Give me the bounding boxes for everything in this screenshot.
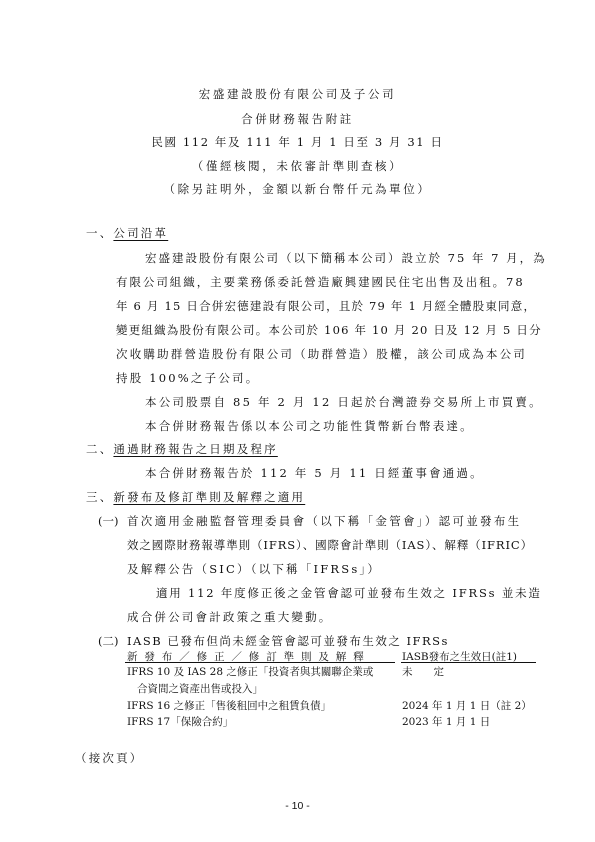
sub1-para-line-2: 成合併公司會計政策之重大變動。 xyxy=(127,609,333,625)
s1-line-1: 宏盛建設股份有限公司（以下簡稱本公司）設立於 75 年 7 月，為 xyxy=(145,250,547,266)
sub1-line-3: 及解釋公告（SIC）（以下稱「IFRSs」） xyxy=(127,561,381,577)
company-name: 宏盛建設股份有限公司及子公司 xyxy=(0,86,595,102)
s1-para-2: 本公司股票自 85 年 2 月 12 日起於台灣證券交易所上市買賣。 xyxy=(145,394,543,410)
section-title: 通過財務報告之日期及程序 xyxy=(113,442,277,456)
review-note: （僅經核閱，未依審計準則查核） xyxy=(0,158,595,174)
row-standard: IFRS 17「保險合約」 xyxy=(127,714,233,729)
table-header-rule-right xyxy=(401,662,536,663)
row-standard: IFRS 16 之修正「售後租回中之租賃負債」 xyxy=(127,698,331,713)
s2-para: 本合併財務報告於 112 年 5 月 11 日經董事會通過。 xyxy=(145,465,484,481)
section-1-heading: 一、公司沿革 xyxy=(86,225,168,241)
section-title: 公司沿革 xyxy=(113,226,168,240)
sub1-para-line-1: 適用 112 年度修正後之金管會認可並發布生效之 IFRSs 並未造 xyxy=(156,585,542,601)
sub1-line-2: 效之國際財務報導準則（IFRS）、國際會計準則（IAS）、解釋（IFRIC） xyxy=(127,537,533,553)
section-number: 一、 xyxy=(86,226,113,240)
row-effective-date: 2023 年 1 月 1 日 xyxy=(402,714,490,729)
sub2-number: (二) xyxy=(98,633,118,649)
row-effective-date: 未 定 xyxy=(402,664,444,679)
sub1-number: (一) xyxy=(98,513,118,529)
s1-line-4: 變更組織為股份有限公司。本公司於 106 年 10 月 20 日及 12 月 5… xyxy=(116,322,542,338)
section-title: 新發布及修訂準則及解釋之適用 xyxy=(113,490,305,504)
sub2-title: IASB 已發布但尚未經金管會認可並發布生效之 IFRSs xyxy=(127,633,449,649)
section-number: 三、 xyxy=(86,490,113,504)
report-title: 合併財務報告附註 xyxy=(0,111,595,127)
s1-line-5: 次收購助群營造股份有限公司（助群營造）股權，該公司成為本公司 xyxy=(116,346,527,362)
section-2-heading: 二、通過財務報告之日期及程序 xyxy=(86,441,278,457)
s1-line-2: 有限公司組織，主要業務係委託營造廠興建國民住宅出售及出租。78 xyxy=(116,274,525,290)
section-3-heading: 三、新發布及修訂準則及解釋之適用 xyxy=(86,489,305,505)
row-standard-continued: 合資間之資產出售或投入」 xyxy=(137,681,263,696)
report-period: 民國 112 年及 111 年 1 月 1 日至 3 月 31 日 xyxy=(0,134,595,150)
table-header-rule-left xyxy=(125,662,395,663)
s1-line-3: 年 6 月 15 日合併宏德建設有限公司，且於 79 年 1 月經全體股東同意， xyxy=(116,298,536,314)
continued-note: （接次頁） xyxy=(75,750,144,766)
s1-para-3: 本合併財務報告係以本公司之功能性貨幣新台幣表達。 xyxy=(145,418,474,434)
row-standard: IFRS 10 及 IAS 28 之修正「投資者與其關聯企業或 xyxy=(127,664,373,679)
page-number: - 10 - xyxy=(0,800,595,812)
unit-note: （除另註明外，金額以新台幣仟元為單位） xyxy=(0,181,595,197)
sub1-line-1: 首次適用金融監督管理委員會（以下稱「金管會」）認可並發布生 xyxy=(127,513,521,529)
section-number: 二、 xyxy=(86,442,113,456)
row-effective-date: 2024 年 1 月 1 日（註 2） xyxy=(402,698,532,713)
s1-line-6: 持股 100%之子公司。 xyxy=(116,370,259,386)
